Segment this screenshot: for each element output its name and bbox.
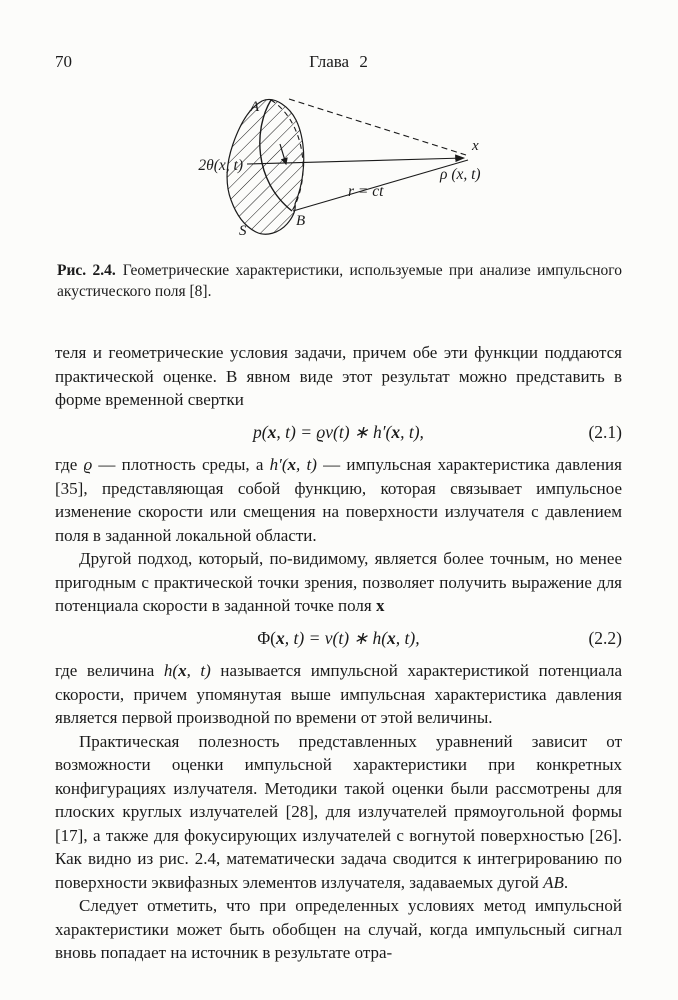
text-segment: , t) bbox=[187, 661, 211, 680]
equation-2-2-body: Φ(x, t) = v(t) ∗ h(x, t), bbox=[257, 628, 419, 648]
text-segment: x bbox=[376, 596, 385, 615]
label-field-point-x: x bbox=[471, 138, 479, 154]
text-segment: Φ( bbox=[257, 628, 276, 648]
paragraph-2: где ϱ — плотность среды, а h′(x, t) — им… bbox=[55, 453, 622, 547]
text-segment: Другой подход, который, по-видимому, явл… bbox=[55, 549, 622, 615]
equation-2-2: Φ(x, t) = v(t) ∗ h(x, t), (2.2) bbox=[55, 627, 622, 651]
paragraph-3: Другой подход, который, по-видимому, явл… bbox=[55, 547, 622, 618]
label-radius: r = ct bbox=[348, 183, 384, 200]
equation-2-1: p(x, t) = ϱv(t) ∗ h′(x, t), (2.1) bbox=[55, 421, 622, 445]
page-header: 70 Глава 2 bbox=[55, 52, 622, 74]
label-point-b: B bbox=[296, 213, 305, 229]
equation-2-1-number: (2.1) bbox=[588, 421, 622, 445]
paragraph-1: теля и геометрические условия задачи, пр… bbox=[55, 341, 622, 412]
text-segment: x bbox=[276, 628, 285, 648]
book-page: 70 Глава 2 A B S 2θ(x, t bbox=[0, 0, 678, 1000]
text-segment: ϱ bbox=[84, 455, 93, 474]
body-text: теля и геометрические условия задачи, пр… bbox=[55, 341, 622, 965]
text-segment: теля и геометрические условия задачи, пр… bbox=[55, 343, 622, 409]
label-pressure: ρ (x, t) bbox=[439, 166, 481, 183]
paragraph-6: Следует отметить, что при определенных у… bbox=[55, 894, 622, 965]
text-segment: Практическая полезность представленных у… bbox=[55, 732, 622, 892]
equation-2-2-number: (2.2) bbox=[588, 627, 622, 651]
text-segment: p( bbox=[253, 422, 268, 442]
paragraph-5: Практическая полезность представленных у… bbox=[55, 730, 622, 895]
text-segment: где bbox=[55, 455, 84, 474]
text-segment: — плотность среды, а bbox=[92, 455, 269, 474]
text-segment: Следует отметить, что при определенных у… bbox=[55, 896, 622, 962]
text-segment: , t), bbox=[400, 422, 424, 442]
figure-caption-label: Рис. 2.4. bbox=[57, 262, 116, 279]
label-point-a: A bbox=[249, 99, 260, 115]
figure-caption-text: Геометрические характеристики, используе… bbox=[57, 262, 622, 300]
text-segment: AB bbox=[543, 873, 564, 892]
text-segment: , t) bbox=[296, 455, 317, 474]
text-segment: где величина bbox=[55, 661, 164, 680]
text-segment: x bbox=[178, 661, 187, 680]
text-segment: x bbox=[391, 422, 400, 442]
text-segment: . bbox=[564, 873, 568, 892]
equation-2-1-body: p(x, t) = ϱv(t) ∗ h′(x, t), bbox=[253, 422, 424, 442]
figure-2-4-diagram: A B S 2θ(x, t) x ρ (x, t) r = ct bbox=[0, 86, 678, 254]
text-segment: h( bbox=[164, 661, 178, 680]
text-segment: , t), bbox=[396, 628, 420, 648]
text-segment: , t) = ϱv(t) ∗ h′( bbox=[276, 422, 391, 442]
cone-upper-dashed-line bbox=[289, 99, 466, 155]
figure-caption: Рис. 2.4.Геометрические характеристики, … bbox=[57, 260, 622, 302]
text-segment: h′( bbox=[270, 455, 288, 474]
text-segment: x bbox=[288, 455, 297, 474]
running-head: Глава 2 bbox=[55, 52, 622, 72]
paragraph-4: где величина h(x, t) называется импульсн… bbox=[55, 659, 622, 730]
text-segment: x bbox=[387, 628, 396, 648]
text-segment: , t) = v(t) ∗ h( bbox=[285, 628, 387, 648]
label-angle: 2θ(x, t) bbox=[198, 157, 243, 174]
label-surface-s: S bbox=[239, 223, 247, 239]
